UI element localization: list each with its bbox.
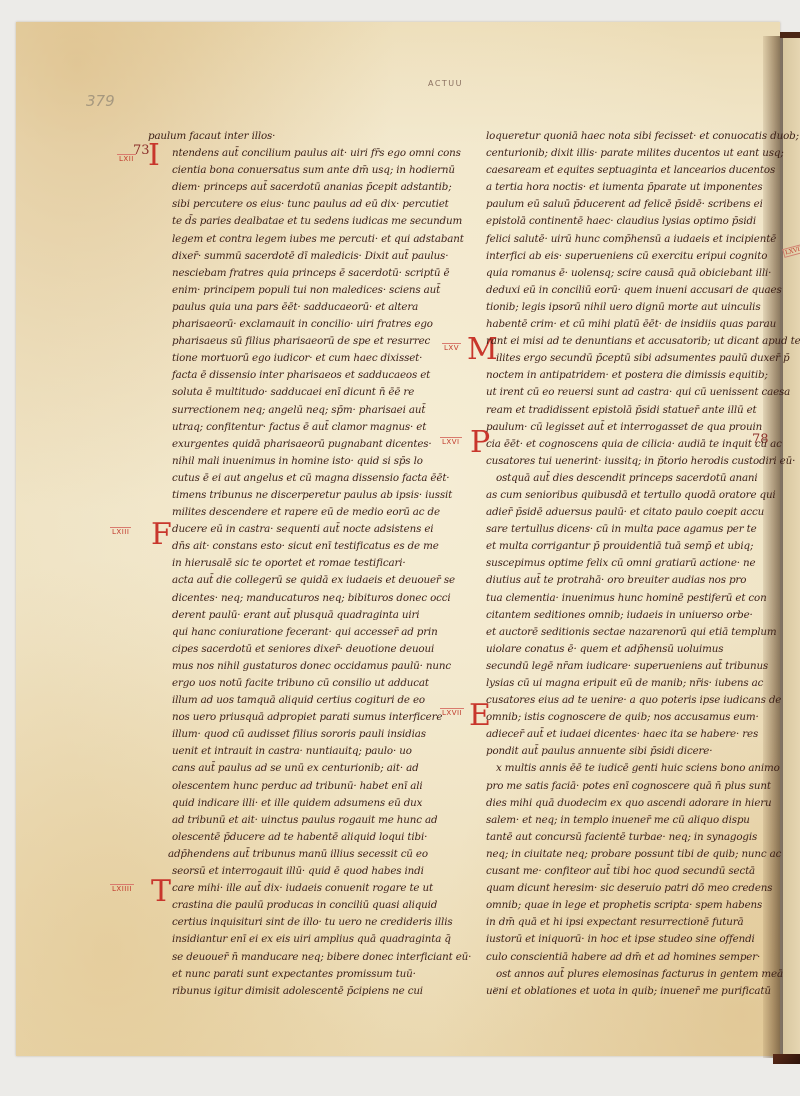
text-line: uiolare conatus ē· quem et adp̄hensū uol…	[486, 641, 768, 658]
text-line: se deuouer̄ n̄ manducare neq; bibere don…	[172, 949, 430, 966]
chapter-number-lxv: LXV	[442, 343, 461, 353]
text-line: et multa corrigantur p̄ prouidentiā tuā …	[486, 538, 768, 555]
text-line: paulum eū saluū p̄ducerent ad felicē p̄s…	[486, 196, 768, 213]
text-line: dixer̄· summū sacerdotē dī maledicis· Di…	[172, 248, 430, 265]
marginal-mark: v	[494, 985, 499, 994]
text-line: certius inquisituri sint de illo· tu uer…	[172, 914, 430, 931]
text-line: secundū legē nr̄am iudicare· superuenien…	[486, 658, 768, 675]
text-line: olescentem hunc perduc ad tribunū· habet…	[172, 778, 430, 795]
text-line: dn̄s ait· constans esto· sicut enī testi…	[172, 538, 430, 555]
binding-top-edge	[780, 32, 800, 38]
text-line: tua clementia· inuenimus hunc hominē pes…	[486, 590, 768, 607]
chapter-number-lxiiii: LXIIII	[110, 884, 134, 894]
binding-bottom-edge	[773, 1054, 800, 1064]
text-line: soluta ē multitudo· sadducaei enī dicunt…	[172, 384, 430, 401]
text-line: as cum senioribus quibusdā et tertullo q…	[486, 487, 768, 504]
text-line: omnib; quae in lege et prophetis scripta…	[486, 897, 768, 914]
text-line: et auctorē seditionis sectae nazarenorū …	[486, 624, 768, 641]
text-line: ntendens aut̄ concilium paulus ait· uiri…	[172, 145, 430, 162]
text-line: timens tribunus ne discerperetur paulus …	[172, 487, 430, 504]
text-line: enim· principem populi tui non maledices…	[172, 282, 430, 299]
text-line: cusatores tui uenerint· iussitq; in p̄to…	[486, 453, 768, 470]
text-line: ribunus igitur dimisit adolescentē p̄cip…	[172, 983, 430, 1000]
text-line: milites descendere et rapere eū de medio…	[172, 504, 430, 521]
text-line: sibi percutere os eius· tunc paulus ad e…	[172, 196, 430, 213]
text-line: cusant me· confiteor aut̄ tibi hoc quod …	[486, 863, 768, 880]
text-line: et nunc parati sunt expectantes promissu…	[172, 966, 430, 983]
text-line: adiecer̄ aut̄ et iudaei dicentes· haec i…	[486, 726, 768, 743]
text-line: rant ei misi ad te denuntians et accusat…	[486, 333, 768, 350]
text-line: pharisaeus sū filius pharisaeorū de spe …	[172, 333, 430, 350]
text-line: adier̄ p̄sidē aduersus paulū· et citato …	[486, 504, 768, 521]
text-line: cipes sacerdotū et seniores dixer̄· deuo…	[172, 641, 430, 658]
text-line: pondit aut̄ paulus annuente sibi p̄sidi …	[486, 743, 768, 760]
text-line: nesciebam fratres quia princeps ē sacerd…	[172, 265, 430, 282]
text-line: ut irent cū eo reuersi sunt ad castra· q…	[486, 384, 768, 401]
text-line: paulum· cū legisset aut̄ et interrogasse…	[486, 419, 768, 436]
text-line: legem et contra legem iubes me percuti· …	[172, 231, 430, 248]
text-line: deduxi eū in conciliū eorū· quem inueni …	[486, 282, 768, 299]
chapter-number-lxiii: LXIII	[110, 527, 131, 537]
text-line: olescentē p̄ducere ad te habentē aliquid…	[172, 829, 430, 846]
text-line: sare tertullus dicens· cū in multa pace …	[486, 521, 768, 538]
text-line: interfici ab eis· superueniens cū exerci…	[486, 248, 768, 265]
text-line: ducere eū in castra· sequenti aut̄ nocte…	[172, 521, 430, 538]
text-line: paulum facaut inter illos·	[148, 128, 430, 145]
text-line: in dm̄ quā et hi ipsi expectant resurrec…	[486, 914, 768, 931]
chapter-number-lxvi: LXVI	[440, 437, 462, 447]
text-line: pharisaeorū· exclamauit in concilio· uir…	[172, 316, 430, 333]
text-line: mus nos nihil gustaturos donec occidamus…	[172, 658, 430, 675]
text-line: habentē crim· et cū mihi platū ēēt· de i…	[486, 316, 768, 333]
text-line: exurgentes quidā pharisaeorū pugnabant d…	[172, 436, 430, 453]
text-line: ilites ergo secundū p̄ceptū sibi adsumen…	[496, 350, 768, 367]
text-line: diem· princeps aut̄ sacerdotū ananias p̄…	[172, 179, 430, 196]
text-line: quam dicunt heresim· sic deseruio patri …	[486, 880, 768, 897]
text-line: lysias cū ui magna eripuit eū de manib; …	[486, 675, 768, 692]
text-line: cutus ē ei aut angelus et cū magna disse…	[172, 470, 430, 487]
text-line: quid indicare illi· et ille quidem adsum…	[172, 795, 430, 812]
text-line: nos uero priusquā adpropiet parati sumus…	[172, 709, 430, 726]
text-line: cientia bona conuersatus sum ante dm̄ us…	[172, 162, 430, 179]
text-line: illum ad uos tamquā aliquid certius cogi…	[172, 692, 430, 709]
text-line: seorsū et interrogauit illū· quid ē quod…	[172, 863, 430, 880]
text-line: ergo uos notū facite tribuno cū consilio…	[172, 675, 430, 692]
text-line: utraq; confitentur· factus ē aut̄ clamor…	[172, 419, 430, 436]
text-line: cia ēēt· et cognoscens quia de cilicia· …	[486, 436, 768, 453]
text-line: citantem seditiones omnib; iudaeis in un…	[486, 607, 768, 624]
text-line: ostquā aut̄ dies descendit princeps sace…	[496, 470, 768, 487]
text-line: care mihi· ille aut̄ dix· iudaeis conuen…	[172, 880, 430, 897]
facing-page-edge	[783, 34, 800, 1058]
text-line: paulus quia una pars ēēt· sadducaeorū· e…	[172, 299, 430, 316]
text-line: in hierusalē sic te oportet et romae tes…	[172, 555, 430, 572]
text-line: iustorū et iniquorū· in hoc et ipse stud…	[486, 931, 768, 948]
text-line: quia romanus ē· uolensq; scire causā quā…	[486, 265, 768, 282]
text-line: pro me satis faciā· potes enī cognoscere…	[486, 778, 768, 795]
text-line: epistolā continentē haec· claudius lysia…	[486, 213, 768, 230]
running-title: ACTUU	[428, 79, 463, 88]
text-line: crastina die paulū producas in conciliū …	[172, 897, 430, 914]
text-line: cans aut̄ paulus ad se unū ex centurioni…	[172, 760, 430, 777]
right-text-column: loqueretur quoniā haec nota sibi fecisse…	[486, 128, 768, 1000]
text-line: insidiantur enī ei ex eis uiri amplius q…	[172, 931, 430, 948]
pencil-folio-number: 379	[86, 92, 115, 110]
text-line: te d̄s paries dealbatae et tu sedens iud…	[172, 213, 430, 230]
text-line: ream et tradidissent epistolā p̄sidi sta…	[486, 402, 768, 419]
text-line: cusatores eius ad te uenire· a quo poter…	[486, 692, 768, 709]
text-line: qui hanc coniuratione fecerant· qui acce…	[172, 624, 430, 641]
text-line: tantē aut concursū facientē turbae· neq;…	[486, 829, 768, 846]
text-line: nihil mali inuenimus in homine isto· qui…	[172, 453, 430, 470]
text-line: culo conscientiā habere ad dm̄ et ad hom…	[486, 949, 768, 966]
text-line: a tertia hora noctis· et iumenta p̄parat…	[486, 179, 768, 196]
text-line: ost annos aut̄ plures elemosinas facturu…	[496, 966, 768, 983]
left-text-column: paulum facaut inter illos· ntendens aut̄…	[148, 128, 430, 1000]
text-line: tionib; legis ipsorū nihil uero dignū mo…	[486, 299, 768, 316]
text-line: caesaream et equites septuaginta et lanc…	[486, 162, 768, 179]
text-line: illum· quod cū audisset filius sororis p…	[172, 726, 430, 743]
text-line: salem· et neq; in templo inuener̄ me cū …	[486, 812, 768, 829]
text-line: derent paulū· erant aut̄ plusquā quadrag…	[172, 607, 430, 624]
text-line: centurionib; dixit illis· parate milites…	[486, 145, 768, 162]
text-line: noctem in antipatridem· et postera die d…	[486, 367, 768, 384]
text-line: ad tribunū et ait· uinctus paulus rogaui…	[172, 812, 430, 829]
text-line: neq; in ciuitate neq; probare possunt ti…	[486, 846, 768, 863]
text-line: felici salutē· uirū hunc comp̄hensū a iu…	[486, 231, 768, 248]
text-line: adp̄hendens aut̄ tribunus manū illius se…	[168, 846, 430, 863]
text-line: x multis annis ēē te iudicē genti huic s…	[496, 760, 768, 777]
chapter-number-lxvii: LXVII	[440, 708, 464, 718]
text-line: dies mihi quā duodecim ex quo ascendi ad…	[486, 795, 768, 812]
text-line: surrectionem neq; angelū neq; sp̄m· phar…	[172, 402, 430, 419]
text-line: facta ē dissensio inter pharisaeos et sa…	[172, 367, 430, 384]
text-line: omnib; istis cognoscere de quib; nos acc…	[486, 709, 768, 726]
text-line: dicentes· neq; manducaturos neq; bibitur…	[172, 590, 430, 607]
text-line: loqueretur quoniā haec nota sibi fecisse…	[486, 128, 768, 145]
text-line: suscepimus optime felix cū omni gratiarū…	[486, 555, 768, 572]
text-line: uenit et intrauit in castra· nuntiauitq;…	[172, 743, 430, 760]
text-line: tione mortuorū ego iudicor· et cum haec …	[172, 350, 430, 367]
text-line: diutius aut̄ te protrahā· oro breuiter a…	[486, 572, 768, 589]
text-line: ueni et oblationes et uota in quib; inue…	[486, 983, 768, 1000]
text-line: acta aut̄ die collegerū se quidā ex iuda…	[172, 572, 430, 589]
